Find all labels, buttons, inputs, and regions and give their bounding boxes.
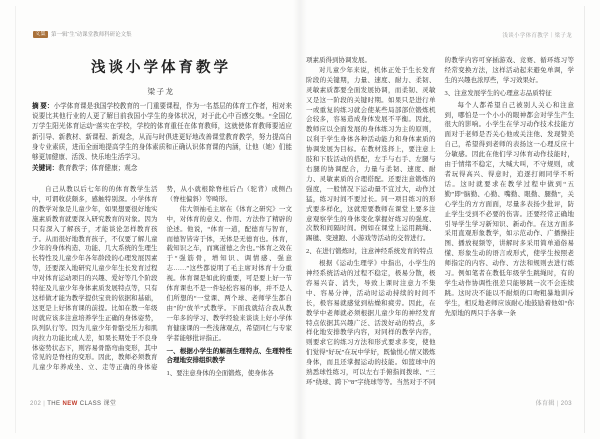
article-title: 浅谈小学体育教学 xyxy=(30,56,292,77)
running-head-right: 浅谈小学体育教学｜梁子龙 xyxy=(372,31,572,39)
footer-separator: | xyxy=(43,401,45,407)
paragraph: 每个人都希望自己被别人关心和注意到，哪怕是一个小小的眼神都会对学生产生很大的影响… xyxy=(445,101,575,319)
page-number-right: 203 xyxy=(561,401,572,407)
scanned-paper-spread: 文集 第一辑“生”动课堂教师科研论文集 浅谈小学体育教学｜梁子龙 浅谈小学体育教… xyxy=(0,0,600,439)
keywords-text: 教育教学；体育健康；观念 xyxy=(58,165,137,172)
footer-section-label: 体育辑 xyxy=(536,401,555,407)
right-page-body: 项素质得到协调发展。 对儿童少年来说，机体正处于生长发育阶段的关键期，力量、速度… xyxy=(306,56,574,393)
page-gutter-shadow xyxy=(293,0,307,439)
paragraph: 对儿童少年来说，机体正处于生长发育阶段的关键期，力量、速度、耐力、柔韧、灵敏素质… xyxy=(306,66,436,244)
footer-brand-post: CLASS 课堂 xyxy=(78,401,117,407)
series-title: 第一辑“生”动课堂教师科研论文集 xyxy=(51,30,132,38)
left-page-body: 自己从教以后七年的的体育教学生活中，可谓收获颇多，感触特别深。小学体育的教学对象… xyxy=(32,185,292,393)
footer-left: 202|THE NEW CLASS 课堂 xyxy=(30,398,116,407)
right-page-edge xyxy=(584,6,585,433)
abstract-text: 小学体育课是我国学校教育的一门重要课程，作为一名基层的体育工作者，相对来说要比其… xyxy=(32,103,292,161)
abstract-block: 摘 要：小学体育课是我国学校教育的一门重要课程，作为一名基层的体育工作者，相对来… xyxy=(32,102,292,163)
footer-right: 体育辑|203 xyxy=(536,398,572,407)
footer-brand-pre: THE xyxy=(47,401,62,407)
subsection-heading-1: 1、要注意身体的全面锻炼，使身体各 xyxy=(167,369,293,379)
paragraph-continuation: 项素质得到协调发展。 xyxy=(306,56,436,66)
series-badge: 文集 xyxy=(33,31,48,38)
article-author: 梁子龙 xyxy=(30,86,292,97)
keywords-label: 关键词： xyxy=(32,165,58,172)
paragraph: 伟大领袖毛主席在《体育之研究》一文中，对体育的意义、作用、方法作了精辟的论述。他… xyxy=(167,205,293,344)
running-head-left: 文集 第一辑“生”动课堂教师科研论文集 xyxy=(33,30,132,38)
footer-separator: | xyxy=(557,401,559,407)
page-number-left: 202 xyxy=(30,401,41,407)
subsection-heading-3: 3、注意发展学生的心理意志品质特征 xyxy=(445,89,575,99)
left-page-edge xyxy=(15,6,16,433)
keywords-block: 关键词：教育教学；体育健康；观念 xyxy=(32,164,292,174)
section-heading-1: 一、根据小学生的解剖生理特点、生理特性合理地安排组织教学 xyxy=(167,347,293,367)
abstract-label: 摘 要： xyxy=(32,103,54,110)
subsection-heading-2: 2、在进行锻炼时，注意神经系统发育的特点 xyxy=(306,247,436,257)
footer-brand-highlight: NEW xyxy=(62,401,77,407)
